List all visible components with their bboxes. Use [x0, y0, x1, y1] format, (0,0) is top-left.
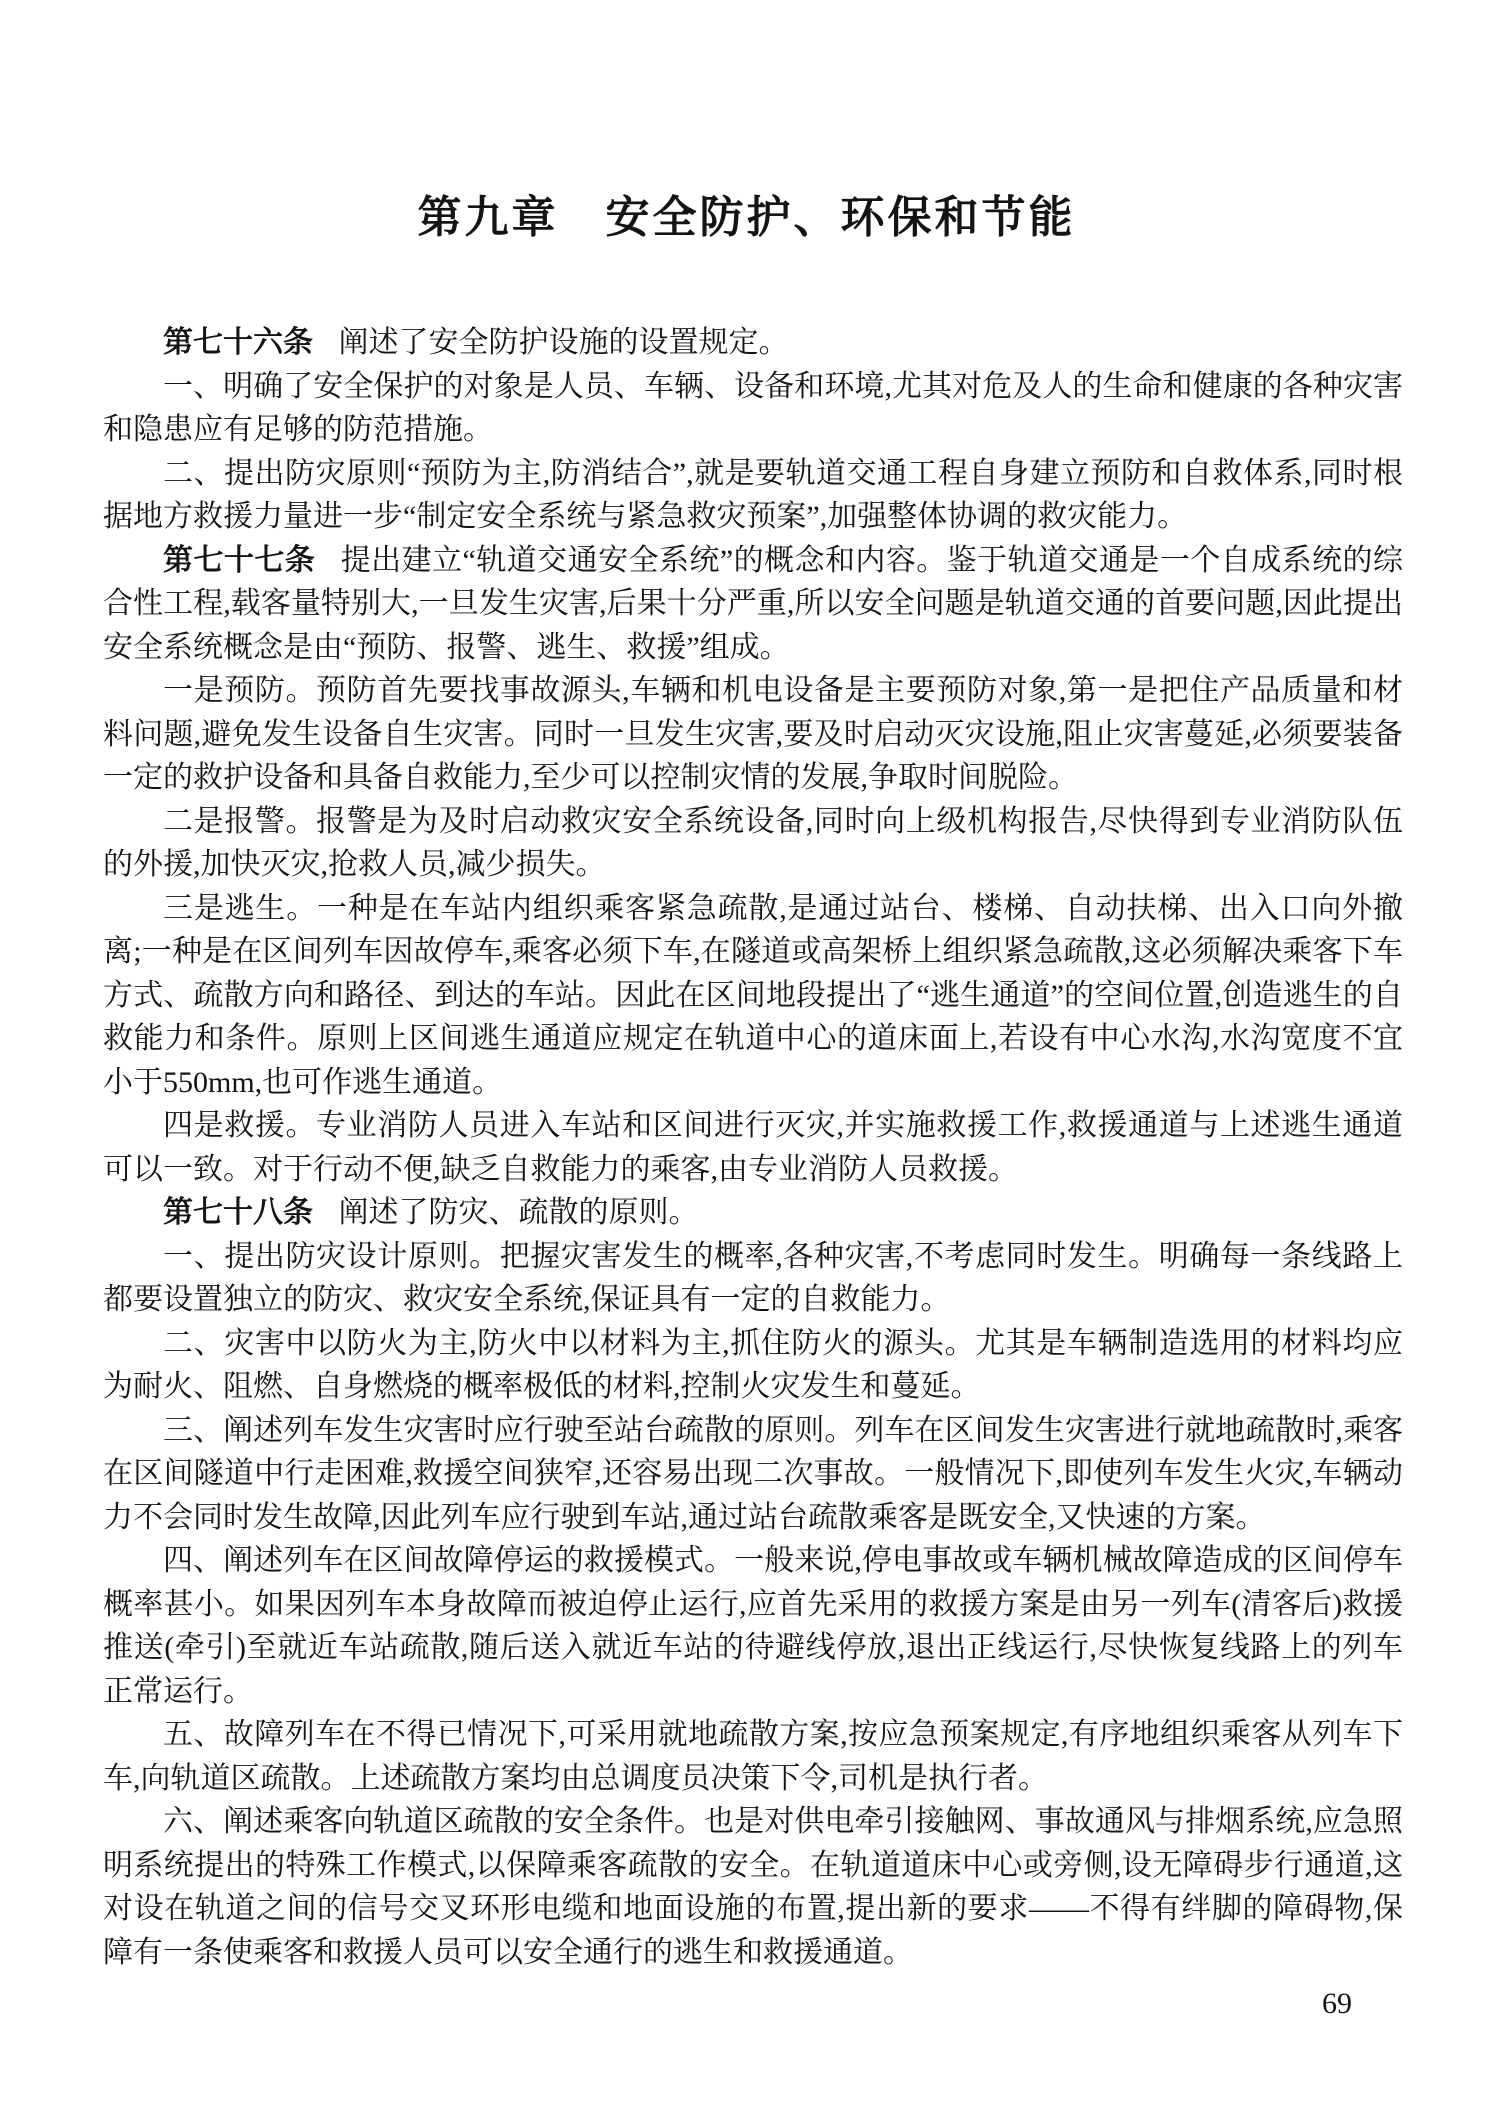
paragraph: 五、故障列车在不得已情况下,可采用就地疏散方案,按应急预案规定,有序地组织乘客从…	[103, 1713, 1403, 1800]
paragraph-text: 二、灾害中以防火为主,防火中以材料为主,抓住防火的源头。尤其是车辆制造选用的材料…	[103, 1327, 1403, 1404]
paragraph-text: 一是预防。预防首先要找事故源头,车辆和机电设备是主要预防对象,第一是把住产品质量…	[103, 674, 1403, 794]
clause-heading: 第七十八条	[163, 1196, 313, 1229]
paragraph: 一、提出防灾设计原则。把握灾害发生的概率,各种灾害,不考虑同时发生。明确每一条线…	[103, 1235, 1403, 1322]
paragraph: 三、阐述列车发生灾害时应行驶至站台疏散的原则。列车在区间发生灾害进行就地疏散时,…	[103, 1409, 1403, 1540]
paragraph: 四、阐述列车在区间故障停运的救援模式。一般来说,停电事故或车辆机械故障造成的区间…	[103, 1539, 1403, 1713]
clause-heading: 第七十七条	[163, 544, 315, 577]
paragraph: 一是预防。预防首先要找事故源头,车辆和机电设备是主要预防对象,第一是把住产品质量…	[103, 669, 1403, 800]
paragraph-text: 三是逃生。一种是在车站内组织乘客紧急疏散,是通过站台、楼梯、自动扶梯、出入口向外…	[103, 892, 1403, 1099]
paragraph: 二、灾害中以防火为主,防火中以材料为主,抓住防火的源头。尤其是车辆制造选用的材料…	[103, 1322, 1403, 1409]
paragraph-text: 一、提出防灾设计原则。把握灾害发生的概率,各种灾害,不考虑同时发生。明确每一条线…	[103, 1240, 1403, 1317]
paragraph: 一、明确了安全保护的对象是人员、车辆、设备和环境,尤其对危及人的生命和健康的各种…	[103, 365, 1403, 452]
paragraph: 二、提出防灾原则“预防为主,防消结合”,就是要轨道交通工程自身建立预防和自救体系…	[103, 452, 1403, 539]
paragraph-text: 阐述了防灾、疏散的原则。	[339, 1196, 699, 1229]
paragraph: 第七十六条阐述了安全防护设施的设置规定。	[103, 321, 1403, 365]
paragraph: 第七十八条阐述了防灾、疏散的原则。	[103, 1191, 1403, 1235]
body-paragraphs: 第七十六条阐述了安全防护设施的设置规定。一、明确了安全保护的对象是人员、车辆、设…	[103, 321, 1403, 1974]
document-page: 第九章 安全防护、环保和节能 第七十六条阐述了安全防护设施的设置规定。一、明确了…	[0, 0, 1493, 2121]
paragraph-text: 二是报警。报警是为及时启动救灾安全系统设备,同时向上级机构报告,尽快得到专业消防…	[103, 805, 1403, 882]
paragraph: 四是救援。专业消防人员进入车站和区间进行灭灾,并实施救援工作,救援通道与上述逃生…	[103, 1104, 1403, 1191]
paragraph: 二是报警。报警是为及时启动救灾安全系统设备,同时向上级机构报告,尽快得到专业消防…	[103, 800, 1403, 887]
paragraph-text: 一、明确了安全保护的对象是人员、车辆、设备和环境,尤其对危及人的生命和健康的各种…	[103, 370, 1403, 447]
paragraph-text: 阐述了安全防护设施的设置规定。	[339, 326, 789, 359]
paragraph-text: 二、提出防灾原则“预防为主,防消结合”,就是要轨道交通工程自身建立预防和自救体系…	[103, 457, 1403, 534]
chapter-title: 第九章 安全防护、环保和节能	[0, 190, 1493, 246]
paragraph: 第七十七条提出建立“轨道交通安全系统”的概念和内容。鉴于轨道交通是一个自成系统的…	[103, 539, 1403, 670]
paragraph-text: 三、阐述列车发生灾害时应行驶至站台疏散的原则。列车在区间发生灾害进行就地疏散时,…	[103, 1414, 1403, 1534]
page-number: 69	[1322, 1987, 1352, 2021]
paragraph-text: 四是救援。专业消防人员进入车站和区间进行灭灾,并实施救援工作,救援通道与上述逃生…	[103, 1109, 1403, 1186]
paragraph: 三是逃生。一种是在车站内组织乘客紧急疏散,是通过站台、楼梯、自动扶梯、出入口向外…	[103, 887, 1403, 1105]
paragraph-text: 四、阐述列车在区间故障停运的救援模式。一般来说,停电事故或车辆机械故障造成的区间…	[103, 1544, 1403, 1708]
paragraph-text: 五、故障列车在不得已情况下,可采用就地疏散方案,按应急预案规定,有序地组织乘客从…	[103, 1718, 1403, 1795]
paragraph-text: 六、阐述乘客向轨道区疏散的安全条件。也是对供电牵引接触网、事故通风与排烟系统,应…	[103, 1805, 1403, 1969]
paragraph: 六、阐述乘客向轨道区疏散的安全条件。也是对供电牵引接触网、事故通风与排烟系统,应…	[103, 1800, 1403, 1974]
clause-heading: 第七十六条	[163, 326, 313, 359]
